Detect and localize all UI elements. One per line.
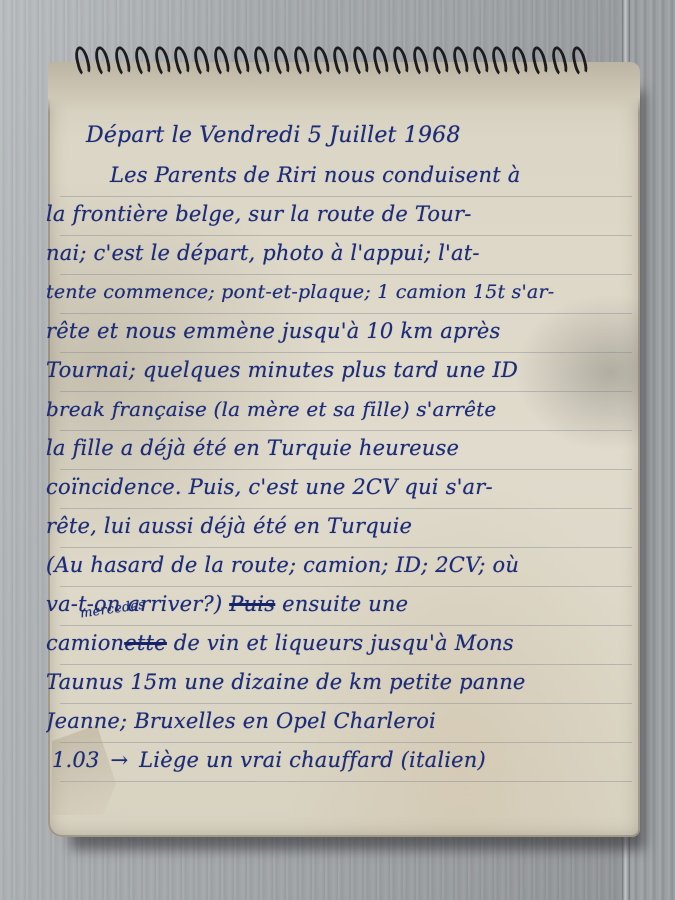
correction-group: camionette mercedes bbox=[46, 625, 167, 661]
diary-line-13: camionette mercedes de vin et liqueurs j… bbox=[46, 625, 625, 664]
diary-line: coïncidence. Puis, c'est une 2CV qui s'a… bbox=[46, 469, 625, 508]
handwritten-diary-text: Départ le Vendredi 5 Juillet 1968 Les Pa… bbox=[80, 118, 625, 781]
spiral-coil bbox=[92, 45, 112, 77]
spiral-coil bbox=[550, 45, 570, 77]
diary-line: rête, lui aussi déjà été en Turquie bbox=[46, 508, 625, 547]
struck-out-word: ette bbox=[124, 631, 167, 655]
spiral-coil bbox=[192, 45, 212, 77]
struck-out-word: Puis bbox=[229, 592, 275, 616]
spiral-coil bbox=[510, 45, 530, 77]
spiral-coil bbox=[212, 45, 232, 77]
spiral-coil bbox=[530, 45, 550, 77]
diary-text: ensuite une bbox=[282, 592, 408, 616]
spiral-coil bbox=[73, 45, 93, 77]
spiral-coil bbox=[430, 45, 450, 77]
diary-heading: Départ le Vendredi 5 Juillet 1968 bbox=[80, 118, 625, 157]
spiral-coil bbox=[172, 45, 192, 77]
spiral-coil bbox=[450, 45, 470, 77]
diary-line: rête et nous emmène jusqu'à 10 km après bbox=[46, 313, 625, 352]
spiral-coil bbox=[311, 45, 331, 77]
diary-line: Les Parents de Riri nous conduisent à bbox=[80, 157, 625, 196]
diary-text: 1.03 bbox=[52, 748, 100, 772]
right-arrow-icon: → bbox=[110, 742, 128, 778]
spiral-coil bbox=[152, 45, 172, 77]
spiral-coil bbox=[112, 45, 132, 77]
diary-line: Jeanne; Bruxelles en Opel Charleroi bbox=[46, 703, 625, 742]
spiral-coil bbox=[490, 45, 510, 77]
spiral-coil bbox=[351, 45, 371, 77]
spiral-coil bbox=[391, 45, 411, 77]
diary-line: break française (la mère et sa fille) s'… bbox=[46, 391, 625, 430]
diary-line: nai; c'est le départ, photo à l'appui; l… bbox=[46, 235, 625, 274]
spiral-coil bbox=[410, 45, 430, 77]
spiral-coil bbox=[371, 45, 391, 77]
spiral-coil bbox=[331, 45, 351, 77]
diary-line: (Au hasard de la route; camion; ID; 2CV;… bbox=[46, 547, 625, 586]
diary-line: Tournai; quelques minutes plus tard une … bbox=[46, 352, 625, 391]
diary-text: camion bbox=[46, 631, 124, 655]
diary-line: la frontière belge, sur la route de Tour… bbox=[46, 196, 625, 235]
spiral-coil bbox=[291, 45, 311, 77]
spiral-coil bbox=[470, 45, 490, 77]
diary-text: de vin et liqueurs jusqu'à Mons bbox=[174, 631, 514, 655]
diary-text: Liège un vrai chauffard (italien) bbox=[139, 748, 486, 772]
spiral-coil bbox=[251, 45, 271, 77]
spiral-binding bbox=[76, 46, 586, 86]
spiral-coil bbox=[271, 45, 291, 77]
diary-line-16: 1.03 → Liège un vrai chauffard (italien) bbox=[52, 742, 625, 781]
spiral-coil bbox=[232, 45, 252, 77]
diary-line: la fille a déjà été en Turquie heureuse bbox=[46, 430, 625, 469]
spiral-coil bbox=[132, 45, 152, 77]
diary-line: tente commence; pont-et-plaque; 1 camion… bbox=[46, 274, 625, 313]
diary-line: Taunus 15m une dizaine de km petite pann… bbox=[46, 664, 625, 703]
